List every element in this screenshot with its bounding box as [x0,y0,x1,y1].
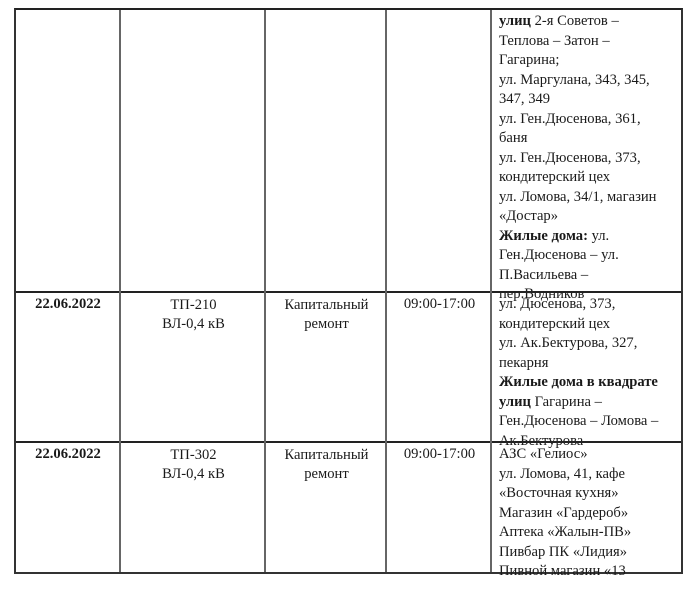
address-line: 347, 349 [499,90,682,110]
address-line: Теплова – Затон – [499,32,682,52]
addresses-cell: АЗС «Гелиос»ул. Ломова, 41, кафе«Восточн… [494,443,682,574]
cell-line: ТП-302 [122,446,265,465]
date-cell [16,10,120,291]
cell-line: ВЛ-0,4 кВ [122,315,265,334]
outage-schedule-table: улиц 2-я Советов –Теплова – Затон –Гагар… [14,8,683,574]
date-cell: 22.06.2022 [16,443,120,574]
address-line: Гагарина; [499,51,682,71]
address-line: Жилые дома в квадрате [499,373,682,393]
cell-line: Капитальный [267,296,386,315]
address-line: баня [499,129,682,149]
address-line: Магазин «Гардероб» [499,504,682,524]
addresses-cell: ул. Дюсенова, 373,кондитерский цехул. Ак… [494,293,682,442]
column-divider [385,10,387,572]
work-type-cell: Капитальныйремонт [267,443,386,574]
address-line: ул. Маргулана, 343, 345, [499,71,682,91]
address-line: Пивной магазин «13 [499,562,682,582]
work-type-cell [267,10,386,291]
table-row: улиц 2-я Советов –Теплова – Затон –Гагар… [16,10,681,291]
cell-line: Капитальный [267,446,386,465]
address-line: кондитерский цех [499,168,682,188]
address-line: улиц Гагарина – [499,393,682,413]
address-line: Пивбар ПК «Лидия» [499,543,682,563]
address-line: пекарня [499,354,682,374]
address-line: ул. Дюсенова, 373, [499,295,682,315]
cell-line: ВЛ-0,4 кВ [122,465,265,484]
object-cell [122,10,265,291]
address-line: АЗС «Гелиос» [499,445,682,465]
object-cell: ТП-210ВЛ-0,4 кВ [122,293,265,442]
cell-line: ремонт [267,465,386,484]
table-row: 22.06.2022 ТП-302ВЛ-0,4 кВ Капитальныйре… [16,443,681,574]
address-line: Ген.Дюсенова – Ломова – [499,412,682,432]
address-line: кондитерский цех [499,315,682,335]
time-cell: 09:00-17:00 [388,293,491,442]
address-line: «Достар» [499,207,682,227]
time-cell [388,10,491,291]
address-line: ул. Ген.Дюсенова, 361, [499,110,682,130]
address-line: «Восточная кухня» [499,484,682,504]
date-cell: 22.06.2022 [16,293,120,442]
address-line: улиц 2-я Советов – [499,12,682,32]
column-divider [490,10,492,572]
work-type-cell: Капитальныйремонт [267,293,386,442]
address-line: ул. Ломова, 41, кафе [499,465,682,485]
column-divider [264,10,266,572]
address-line: ул. Ак.Бектурова, 327, [499,334,682,354]
address-line: П.Васильева – [499,266,682,286]
address-line: ул. Ломова, 34/1, магазин [499,188,682,208]
address-line: ул. Ген.Дюсенова, 373, [499,149,682,169]
cell-line: ТП-210 [122,296,265,315]
table-row: 22.06.2022 ТП-210ВЛ-0,4 кВ Капитальныйре… [16,293,681,442]
address-line: Аптека «Жалын-ПВ» [499,523,682,543]
object-cell: ТП-302ВЛ-0,4 кВ [122,443,265,574]
time-cell: 09:00-17:00 [388,443,491,574]
cell-line: ремонт [267,315,386,334]
column-divider [119,10,121,572]
address-line: Ген.Дюсенова – ул. [499,246,682,266]
addresses-cell: улиц 2-я Советов –Теплова – Затон –Гагар… [494,10,682,291]
address-line: Жилые дома: ул. [499,227,682,247]
